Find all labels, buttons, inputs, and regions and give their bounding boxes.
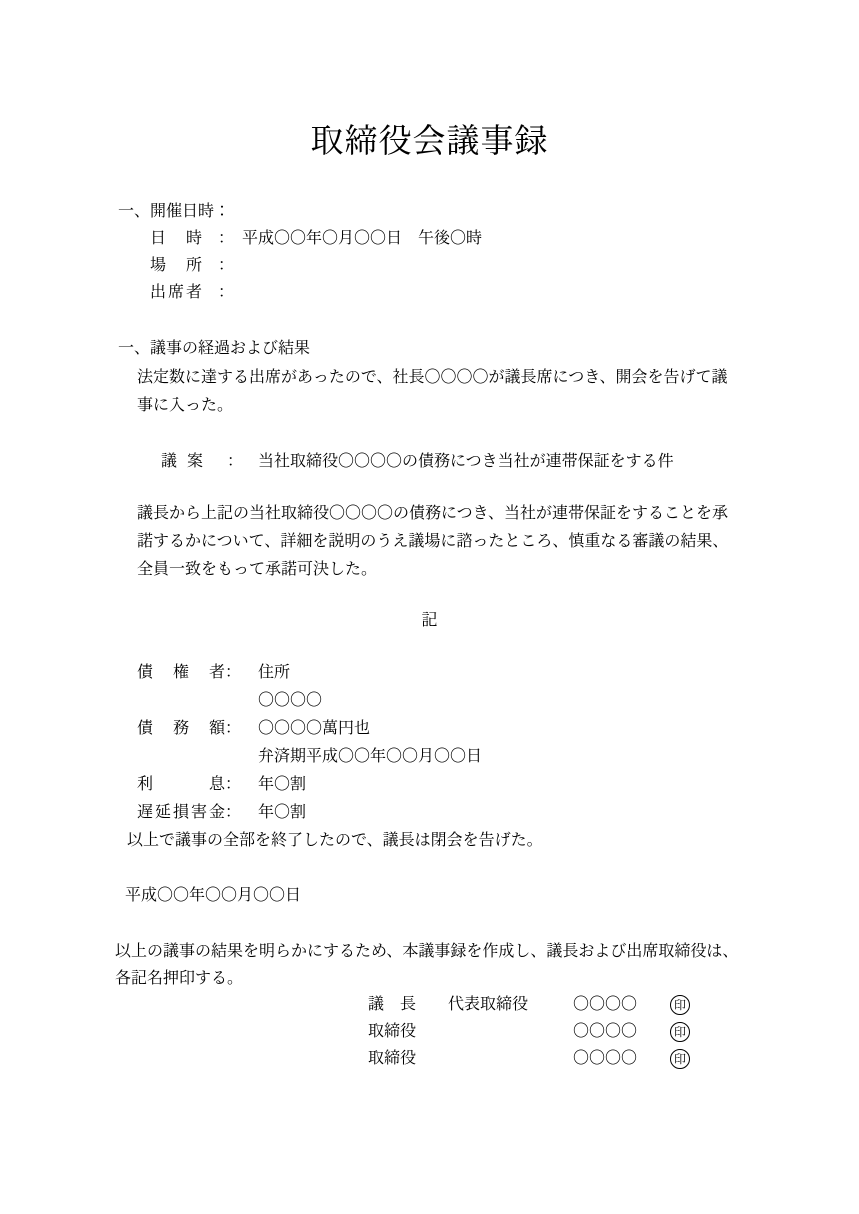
opening-row-datetime: 日時 ： 平成〇〇年〇月〇〇日 午後〇時	[150, 225, 859, 252]
notice-closing-line: 以上で議事の全部を終了したので、議長は閉会を告げた。	[127, 827, 859, 854]
record-row-creditor-name: 〇〇〇〇	[137, 687, 859, 715]
record-value: 〇〇〇〇萬円也	[258, 715, 370, 743]
record-label	[137, 743, 225, 771]
record-colon: ：	[225, 659, 241, 687]
field-label: 場所	[150, 252, 202, 279]
field-colon: ：	[218, 279, 234, 306]
record-colon: ：	[225, 715, 241, 743]
record-label: 債務額	[137, 715, 225, 743]
record-value: 住所	[258, 659, 290, 687]
record-value: 年〇割	[258, 799, 306, 827]
signature-role: 議 長	[368, 991, 448, 1018]
signature-role: 取締役	[368, 1018, 448, 1045]
seal-icon: 印	[670, 1022, 690, 1042]
document-title: 取締役会議事録	[0, 0, 859, 163]
notice-records: 債権者 ： 住所 〇〇〇〇 債務額 ： 〇〇〇〇萬円也 弁済期平成〇〇年〇〇月〇…	[137, 659, 859, 827]
field-label: 日時	[150, 225, 202, 252]
seal-icon: 印	[670, 995, 690, 1015]
document-page: 取締役会議事録 一、開催日時： 日時 ： 平成〇〇年〇月〇〇日 午後〇時 場所 …	[0, 0, 859, 1214]
record-colon	[225, 687, 241, 715]
signature-row-director-1: 取締役 〇〇〇〇 印	[368, 1018, 859, 1045]
record-row-debt-amount: 債務額 ： 〇〇〇〇萬円也	[137, 715, 859, 743]
opening-row-place: 場所 ：	[150, 252, 859, 279]
field-value: 平成〇〇年〇月〇〇日 午後〇時	[242, 225, 482, 252]
record-row-interest: 利息 ： 年〇割	[137, 771, 859, 799]
date-line: 平成〇〇年〇〇月〇〇日	[125, 882, 859, 909]
opening-heading: 一、開催日時：	[118, 198, 859, 225]
signature-name: 〇〇〇〇	[573, 1045, 670, 1072]
record-row-late-damages: 遅延損害金 ： 年〇割	[137, 799, 859, 827]
record-colon	[225, 743, 241, 771]
field-colon: ：	[218, 252, 234, 279]
record-row-repayment-date: 弁済期平成〇〇年〇〇月〇〇日	[137, 743, 859, 771]
signature-row-chairman: 議 長 代表取締役 〇〇〇〇 印	[368, 991, 859, 1018]
signature-name: 〇〇〇〇	[573, 1018, 670, 1045]
record-label: 利息	[137, 771, 225, 799]
agenda-value: 当社取締役〇〇〇〇の債務につき当社が連帯保証をする件	[258, 448, 674, 475]
signature-row-director-2: 取締役 〇〇〇〇 印	[368, 1045, 859, 1072]
record-colon: ：	[225, 771, 241, 799]
record-value: 年〇割	[258, 771, 306, 799]
record-label	[137, 687, 225, 715]
proceedings-heading: 一、議事の経過および結果	[118, 335, 859, 362]
agenda-label: 議案	[161, 448, 203, 475]
record-value: 弁済期平成〇〇年〇〇月〇〇日	[258, 743, 482, 771]
closing-paragraph: 以上の議事の結果を明らかにするため、本議事録を作成し、議長および出席取締役は、 …	[115, 938, 745, 992]
signature-name: 〇〇〇〇	[573, 991, 670, 1018]
field-label: 出席者	[150, 279, 202, 306]
record-row-creditor: 債権者 ： 住所	[137, 659, 859, 687]
field-colon: ：	[218, 225, 234, 252]
record-label: 債権者	[137, 659, 225, 687]
agenda-colon: ：	[227, 448, 243, 475]
record-label: 遅延損害金	[137, 799, 225, 827]
record-value: 〇〇〇〇	[258, 687, 322, 715]
proceedings-paragraph-1: 法定数に達する出席があったので、社長〇〇〇〇が議長席につき、開会を告げて議 事に…	[137, 364, 757, 420]
notice-marker: 記	[0, 607, 859, 634]
signature-role: 取締役	[368, 1045, 448, 1072]
signature-title: 代表取締役	[448, 991, 573, 1018]
signature-block: 議 長 代表取締役 〇〇〇〇 印 取締役 〇〇〇〇 印 取締役 〇〇〇〇 印	[368, 991, 859, 1072]
agenda-row: 議案 ： 当社取締役〇〇〇〇の債務につき当社が連帯保証をする件	[161, 448, 859, 475]
opening-details: 日時 ： 平成〇〇年〇月〇〇日 午後〇時 場所 ： 出席者 ：	[150, 225, 859, 306]
proceedings-paragraph-2: 議長から上記の当社取締役〇〇〇〇の債務につき、当社が連帯保証をすることを承 諾す…	[137, 500, 757, 584]
seal-icon: 印	[670, 1049, 690, 1069]
opening-row-attendees: 出席者 ：	[150, 279, 859, 306]
record-colon: ：	[225, 799, 241, 827]
